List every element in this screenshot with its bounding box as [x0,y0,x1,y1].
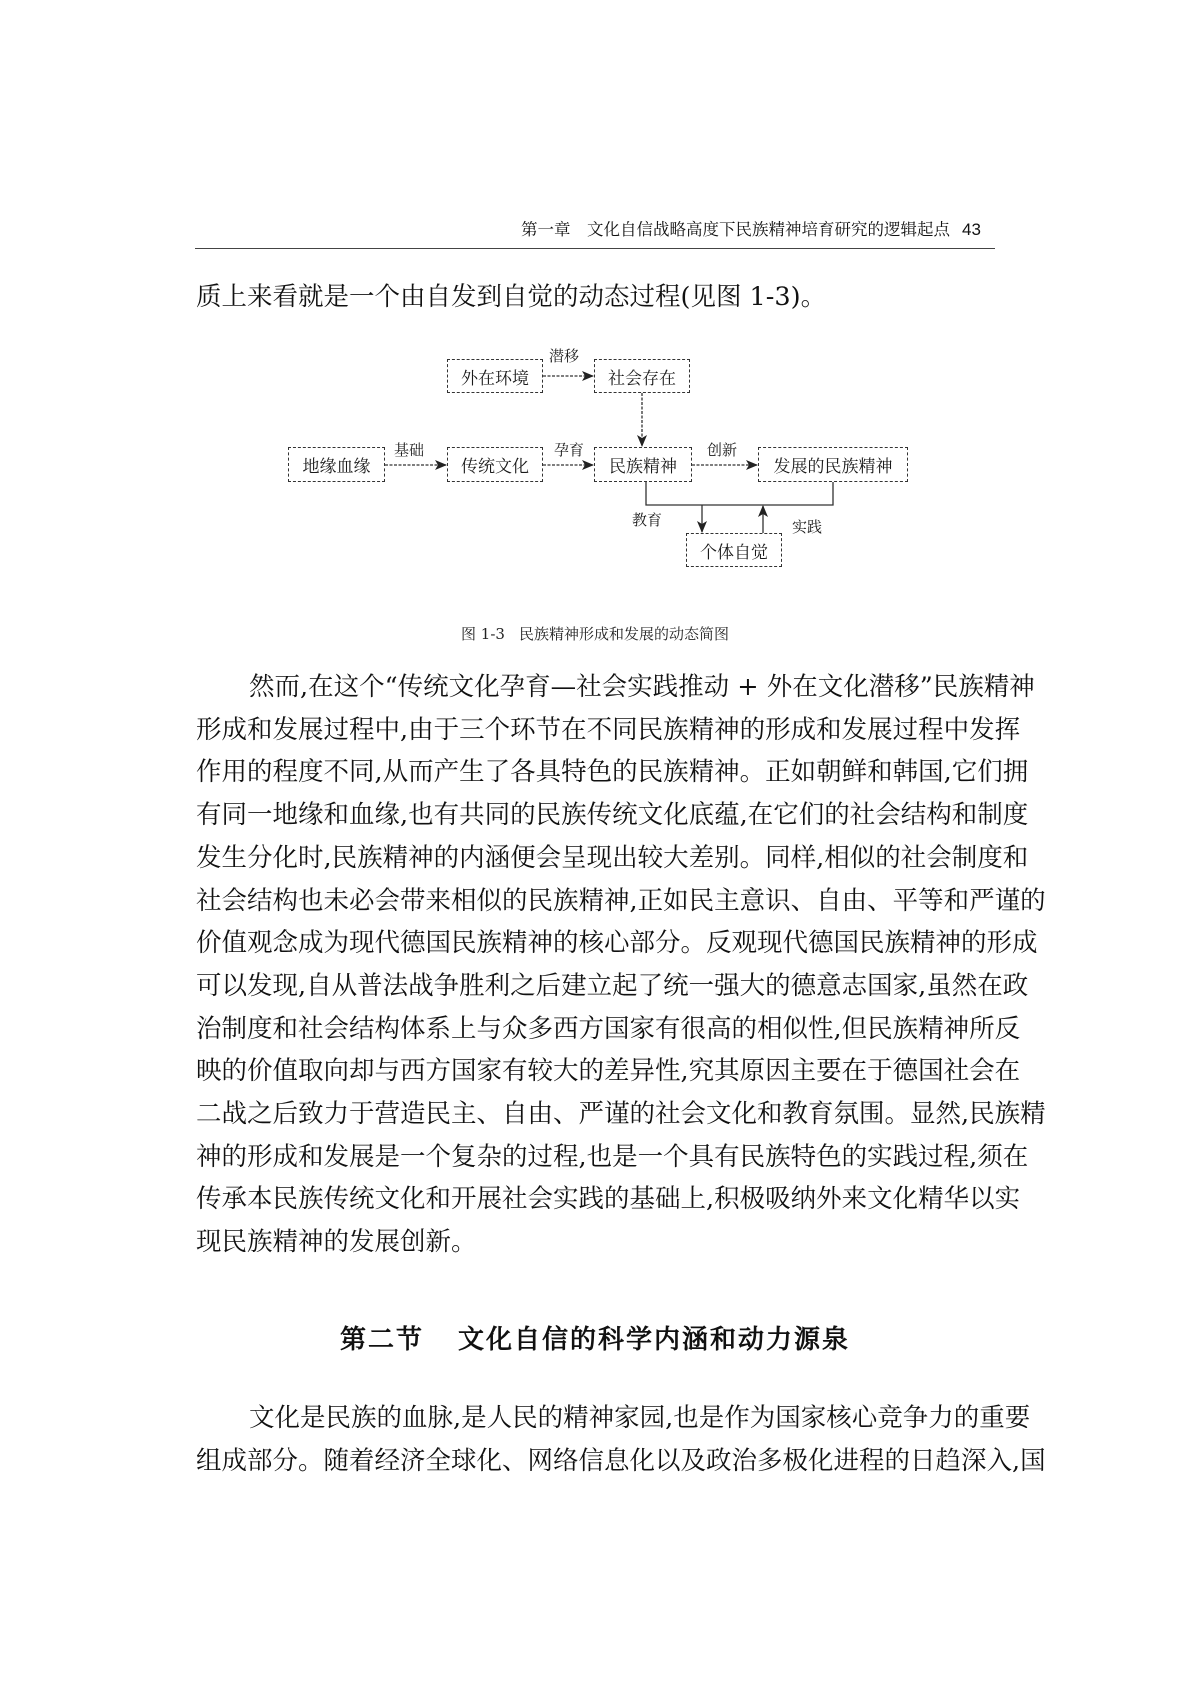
box-external-environment: 外在环境 [447,359,543,393]
figure-diagram: 外在环境 社会存在 地缘血缘 传统文化 民族精神 发展的民族精神 个体自觉 潜移… [0,0,1190,700]
section-heading: 第二节文化自信的科学内涵和动力源泉 [300,1322,890,1358]
box-social-existence: 社会存在 [594,359,690,393]
running-header-title: 第一章 文化自信战略高度下民族精神培育研究的逻辑起点 [470,220,950,240]
paragraph-line: 映的价值取向却与西方国家有较大的差异性,究其原因主要在于德国社会在 [196,1056,1006,1086]
diagram-connectors [0,0,1190,700]
section-title: 文化自信的科学内涵和动力源泉 [458,1325,850,1355]
figure-caption: 图 1-3民族精神形成和发展的动态简图 [430,624,760,644]
box-geo-blood: 地缘血缘 [288,447,385,482]
paragraph-line: 神的形成和发展是一个复杂的过程,也是一个具有民族特色的实践过程,须在 [196,1142,1006,1172]
figure-caption-text: 民族精神形成和发展的动态简图 [519,625,729,643]
paragraph-line: 组成部分。随着经济全球化、网络信息化以及政治多极化进程的日趋深入,国 [196,1446,1006,1476]
header-rule [195,248,995,249]
edge-label-innovation: 创新 [707,441,737,459]
paragraph-line: 发生分化时,民族精神的内涵便会呈现出较大差别。同样,相似的社会制度和 [196,843,1006,873]
paragraph-line: 社会结构也未必会带来相似的民族精神,正如民主意识、自由、平等和严谨的 [196,886,1006,916]
paragraph-line: 作用的程度不同,从而产生了各具特色的民族精神。正如朝鲜和韩国,它们拥 [196,757,1006,787]
paragraph-line: 有同一地缘和血缘,也有共同的民族传统文化底蕴,在它们的社会结构和制度 [196,800,1006,830]
box-national-spirit: 民族精神 [594,447,692,482]
paragraph-line: 治制度和社会结构体系上与众多西方国家有很高的相似性,但民族精神所反 [196,1014,1006,1044]
figure-caption-number: 图 1-3 [461,625,505,643]
paragraph-line: 价值观念成为现代德国民族精神的核心部分。反观现代德国民族精神的形成 [196,928,1006,958]
paragraph-line: 文化是民族的血脉,是人民的精神家园,也是作为国家核心竞争力的重要 [196,1403,1006,1433]
box-individual-awareness: 个体自觉 [686,533,782,567]
page-number: 43 [962,220,996,240]
box-traditional-culture: 传统文化 [447,447,543,482]
paragraph-line: 可以发现,自从普法战争胜利之后建立起了统一强大的德意志国家,虽然在政 [196,971,1006,1001]
paragraph-line: 现民族精神的发展创新。 [196,1227,1006,1257]
section-number: 第二节 [340,1325,424,1355]
edge-label-practice: 实践 [792,518,822,536]
paragraph-line: 传承本民族传统文化和开展社会实践的基础上,积极吸纳外来文化精华以实 [196,1184,1006,1214]
edge-label-nurture: 孕育 [554,441,584,459]
paragraph-line: 然而,在这个“传统文化孕育—社会实践推动 + 外在文化潜移”民族精神 [196,672,1006,702]
paragraph-line: 形成和发展过程中,由于三个环节在不同民族精神的形成和发展过程中发挥 [196,715,1006,745]
paragraph-line: 二战之后致力于营造民主、自由、严谨的社会文化和教育氛围。显然,民族精 [196,1099,1006,1129]
edge-label-education: 教育 [632,511,662,529]
edge-label-subtle-influence: 潜移 [549,347,579,365]
intro-line: 质上来看就是一个由自发到自觉的动态过程(见图 1-3)。 [196,282,1006,312]
edge-label-foundation: 基础 [394,441,424,459]
box-developed-national-spirit: 发展的民族精神 [758,447,908,482]
